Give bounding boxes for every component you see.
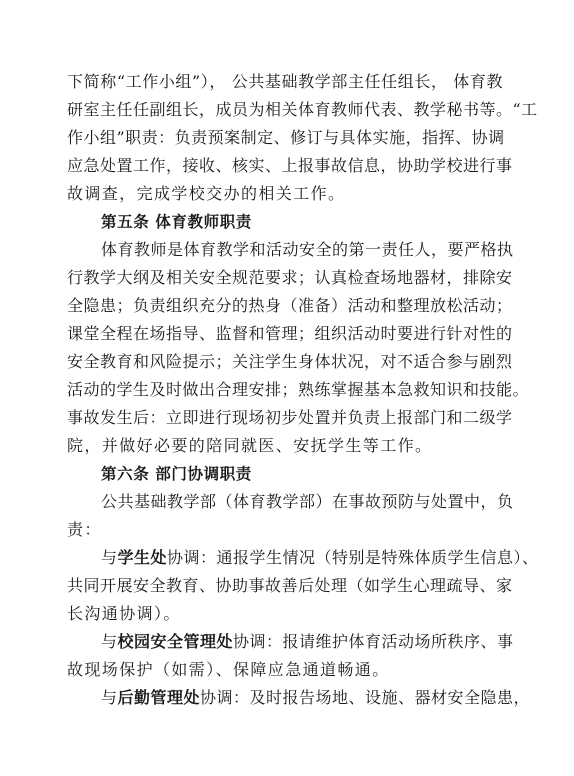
working-group-paragraph: 下简称“工作小组”）， 公共基础教学部主任任组长， 体育教 研室主任任副组长，成… [67,68,503,208]
text-line: 与后勤管理处协调：及时报告场地、设施、器材安全隐患， [67,684,503,712]
text-line: 全隐患；负责组织充分的热身（准备）活动和整理放松活动； [67,292,503,320]
department-name: 学生处 [118,548,168,567]
coordination-text: 协调：通报学生情况（特别是特殊体质学生信息）、 [167,548,539,567]
text-line: 长沟通协调）。 [67,600,503,628]
text-line: 与校园安全管理处协调：报请维护体育活动场所秩序、事 [67,628,503,656]
pe-teacher-duties-paragraph: 体育教师是体育教学和活动安全的第一责任人，要严格执 行教学大纲及相关安全规范要求… [67,236,503,460]
text-line: 行教学大纲及相关安全规范要求；认真检查场地器材，排除安 [67,264,503,292]
text-line: 事故发生后：立即进行现场初步处置并负责上报部门和二级学 [67,404,503,432]
coordination-prefix: 与 [101,632,118,651]
coordination-text: 协调：报请维护体育活动场所秩序、事 [233,632,514,651]
coordination-prefix: 与 [101,548,118,567]
text-line: 体育教师是体育教学和活动安全的第一责任人，要严格执 [67,236,503,264]
document-page: 下简称“工作小组”）， 公共基础教学部主任任组长， 体育教 研室主任任副组长，成… [0,0,574,776]
text-line: 故现场保护（如需）、保障应急通道畅通。 [67,656,503,684]
text-line: 公共基础教学部（体育教学部）在事故预防与处置中，负 [67,488,503,516]
text-line: 应急处置工作，接收、核实、上报事故信息，协助学校进行事 [67,152,503,180]
section-5-heading: 第五条 体育教师职责 [67,208,503,236]
document-body: 下简称“工作小组”）， 公共基础教学部主任任组长， 体育教 研室主任任副组长，成… [67,68,503,712]
text-line: 作小组”职责：负责预案制定、修订与具体实施，指挥、协调 [67,124,503,152]
text-line: 安全教育和风险提示；关注学生身体状况，对不适合参与剧烈 [67,348,503,376]
text-line: 活动的学生及时做出合理安排；熟练掌握基本急救知识和技能。 [67,376,503,404]
text-line: 研室主任任副组长，成员为相关体育教师代表、教学秘书等。“工 [67,96,503,124]
section-6-heading: 第六条 部门协调职责 [67,460,503,488]
coordination-prefix: 与 [101,688,118,707]
text-line: 责： [67,516,503,544]
text-line: 共同开展安全教育、协助事故善后处理（如学生心理疏导、家 [67,572,503,600]
text-line: 故调查，完成学校交办的相关工作。 [67,180,503,208]
text-line: 课堂全程在场指导、监督和管理；组织活动时要进行针对性的 [67,320,503,348]
department-name: 后勤管理处 [118,688,201,707]
text-line: 下简称“工作小组”）， 公共基础教学部主任任组长， 体育教 [67,68,503,96]
text-line: 与学生处协调：通报学生情况（特别是特殊体质学生信息）、 [67,544,503,572]
text-line: 院，并做好必要的陪同就医、安抚学生等工作。 [67,432,503,460]
coordination-text: 协调：及时报告场地、设施、器材安全隐患， [200,688,530,707]
logistics-coordination: 与后勤管理处协调：及时报告场地、设施、器材安全隐患， [67,684,503,712]
campus-security-coordination: 与校园安全管理处协调：报请维护体育活动场所秩序、事 故现场保护（如需）、保障应急… [67,628,503,684]
department-name: 校园安全管理处 [118,632,234,651]
student-affairs-coordination: 与学生处协调：通报学生情况（特别是特殊体质学生信息）、 共同开展安全教育、协助事… [67,544,503,628]
department-intro-paragraph: 公共基础教学部（体育教学部）在事故预防与处置中，负 责： [67,488,503,544]
